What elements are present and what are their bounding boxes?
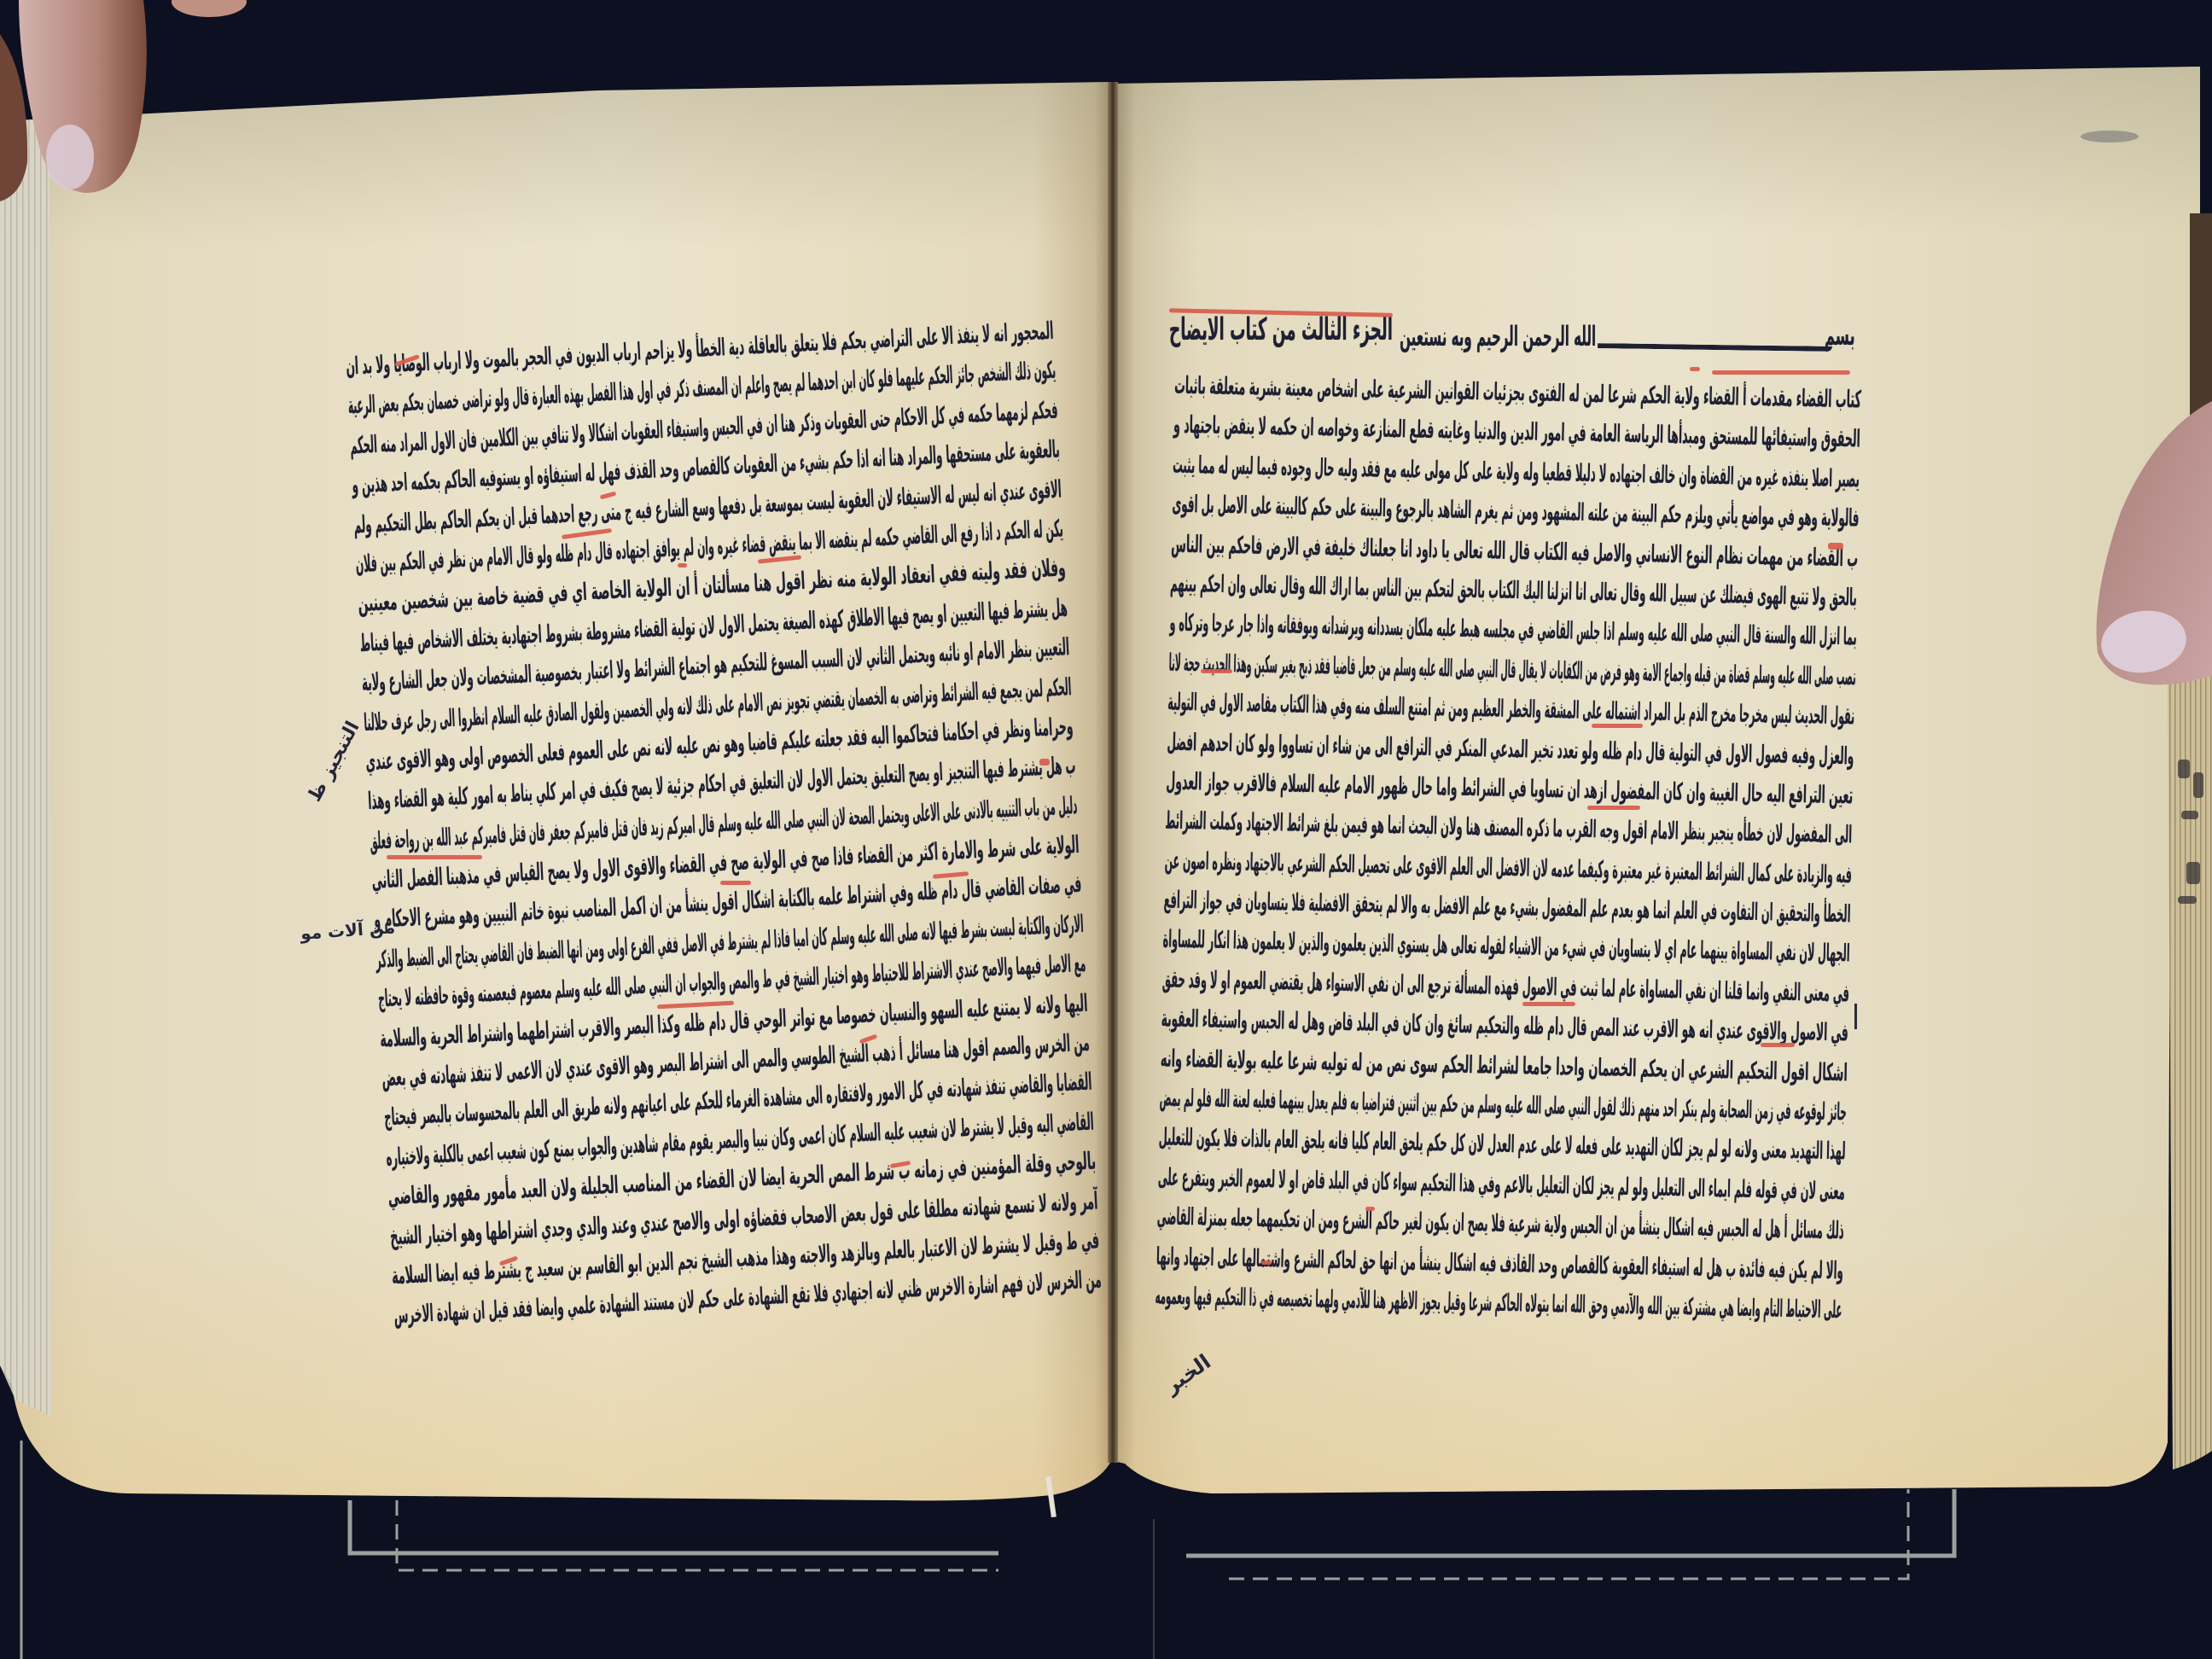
rubric-overline bbox=[387, 855, 482, 859]
rubric-overline bbox=[1365, 1207, 1375, 1211]
rubric-overline bbox=[720, 881, 751, 885]
rubric-overline bbox=[1522, 1002, 1575, 1006]
left-page-text-block: المحجور انه لا ينفذ الا على التراضي بحكم… bbox=[345, 311, 1103, 1336]
fore-edge-shadow bbox=[2190, 213, 2212, 427]
rubric-overline bbox=[1587, 806, 1640, 810]
ink-smudge bbox=[2081, 131, 2139, 143]
rubric-overline bbox=[1828, 543, 1843, 550]
fingertip-top bbox=[172, 0, 247, 17]
gutter bbox=[1108, 82, 1118, 1463]
rubric-overline bbox=[1761, 1043, 1795, 1047]
thumbnail-left bbox=[46, 125, 94, 189]
basmala-rest-text: الله الرحمن الرحيم وبه نستعين bbox=[1400, 316, 1596, 357]
rubric-overline bbox=[1712, 370, 1850, 375]
rubric-overline bbox=[1261, 1260, 1272, 1265]
basmala-rest: الله الرحمن الرحيم وبه نستعين bbox=[1400, 316, 1596, 357]
rubric-overline bbox=[1039, 759, 1050, 765]
right-page-text-block: كتاب القضاء مقدمات أ القضاء ولاية الحكم … bbox=[1155, 366, 1861, 1330]
rubric-overline bbox=[1690, 367, 1700, 371]
margin-tick bbox=[1854, 1004, 1857, 1029]
right-fore-edge bbox=[2168, 666, 2212, 1470]
rubric-overline bbox=[1592, 724, 1643, 728]
rubric-overline bbox=[1201, 669, 1232, 673]
rubric-overline bbox=[678, 563, 687, 568]
